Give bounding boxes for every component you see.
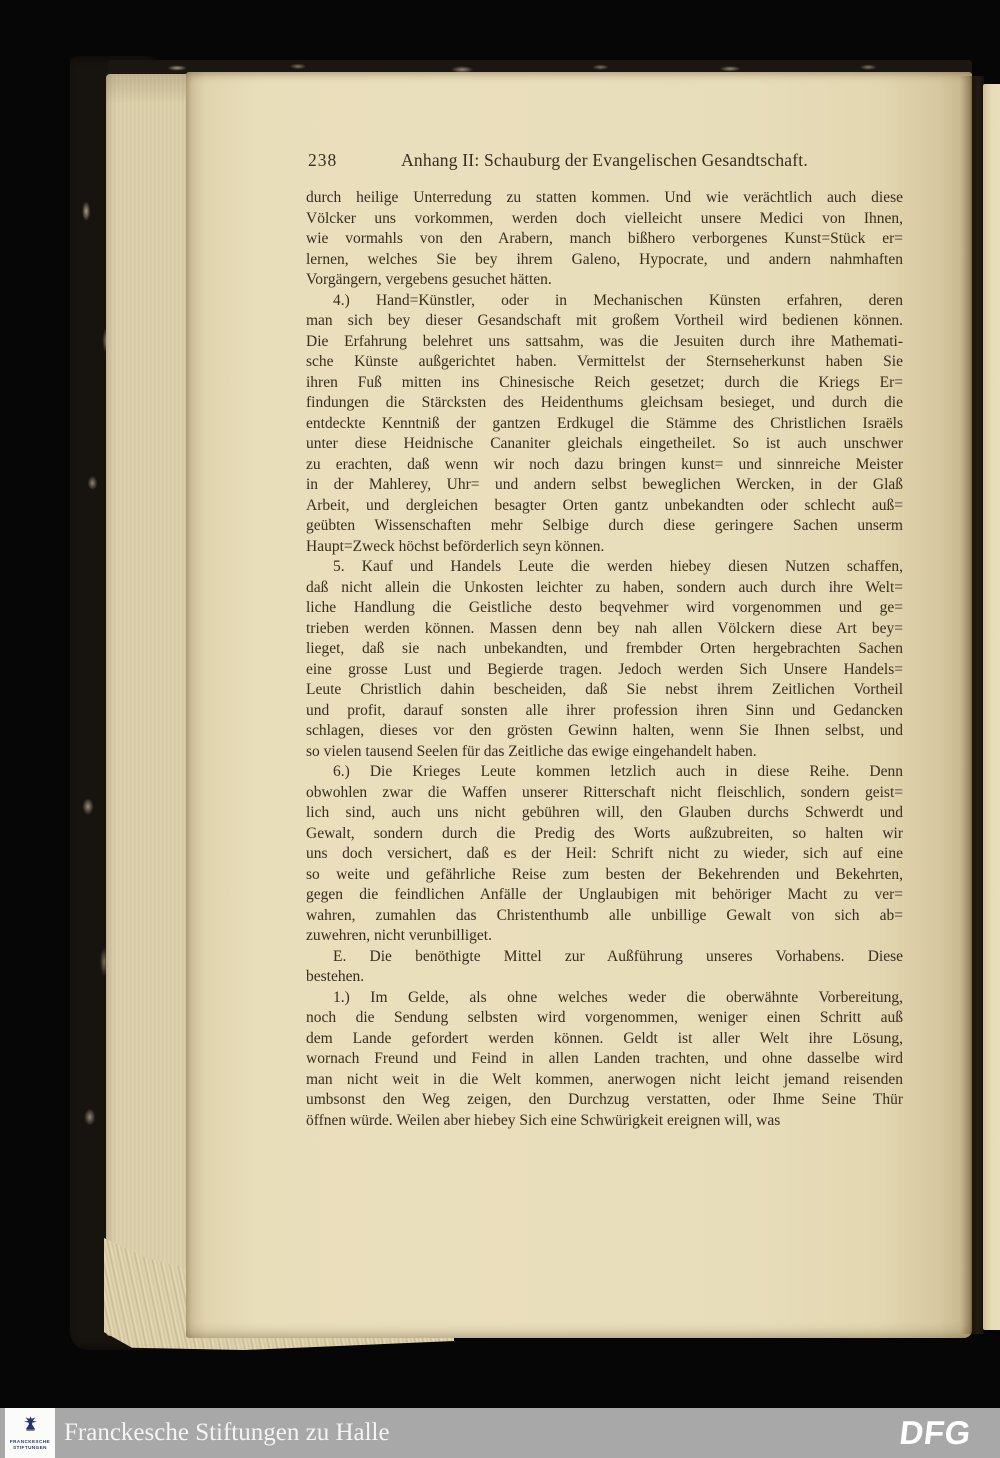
text-line: wie vormahls von den Arabern, manch bißh…: [306, 229, 903, 250]
text-line: lich sind, auch uns nicht gebühren will,…: [306, 803, 903, 824]
text-line: wahren, zumahlen das Christenthumb alle …: [306, 906, 903, 927]
text-line: uns doch versichert, daß es der Heil: Sc…: [306, 844, 903, 865]
text-line: lernen, welches Sie bey ihrem Galeno, Hy…: [306, 250, 903, 271]
paragraph: E. Die benöthigte Mittel zur Außführung …: [306, 947, 903, 988]
body-text: durch heilige Unterredung zu statten kom…: [306, 188, 903, 1131]
text-line: Vorgängern, vergebens gesuchet hätten.: [306, 270, 903, 291]
text-line: Gewalt, sondern durch die Predig des Wor…: [306, 824, 903, 845]
dfg-logo: DFG: [896, 1414, 973, 1458]
text-line: man sich bey dieser Gesandschaft mit gro…: [306, 311, 903, 332]
text-line: geübten Wissenschaften mehr Selbige durc…: [306, 516, 903, 537]
text-line: gegen die feindlichen Anfälle der Unglau…: [306, 885, 903, 906]
text-line: in der Mahlerey, Uhr= und andern selbst …: [306, 475, 903, 496]
page-text-block: 238 Anhang II: Schauburg der Evangelisch…: [306, 150, 903, 1131]
gutter-shadow: [960, 76, 984, 1334]
facing-page-edge: [983, 84, 1000, 1330]
text-line: öffnen würde. Weilen aber hiebey Sich ei…: [306, 1111, 903, 1132]
text-line: Arbeit, und dergleichen besagter Orten g…: [306, 496, 903, 517]
text-line: 6.) Die Krieges Leute kommen letzlich au…: [306, 762, 903, 783]
text-line: E. Die benöthigte Mittel zur Außführung …: [306, 947, 903, 968]
paragraph: 6.) Die Krieges Leute kommen letzlich au…: [306, 762, 903, 947]
text-line: ihren Fuß mitten ins Chinesische Reich g…: [306, 373, 903, 394]
text-line: eine grosse Lust und Begierde tragen. Je…: [306, 660, 903, 681]
institution-logo: FRANCKESCHE STIFTUNGEN: [5, 1408, 55, 1458]
text-line: zuwehren, nicht verunbilliget.: [306, 926, 903, 947]
text-line: sche Künste außgerichtet haben. Vermitte…: [306, 352, 903, 373]
page-header: 238 Anhang II: Schauburg der Evangelisch…: [306, 150, 903, 174]
text-line: Völcker uns vorkommen, werden doch viell…: [306, 209, 903, 230]
institution-name: Franckesche Stiftungen zu Halle: [64, 1408, 390, 1458]
page-edges-stack: [106, 74, 192, 1336]
running-title: Anhang II: Schauburg der Evangelischen G…: [306, 150, 903, 171]
paragraph: 5. Kauf und Handels Leute die werden hie…: [306, 557, 903, 762]
text-line: und profit, darauf sonsten alle ihrer pr…: [306, 701, 903, 722]
text-line: unter diese Heidnische Cananiter gleicha…: [306, 434, 903, 455]
logo-caption: FRANCKESCHE STIFTUNGEN: [10, 1439, 50, 1450]
text-line: umbsonst den Weg zeigen, den Durchzug ve…: [306, 1090, 903, 1111]
text-line: zu erachten, daß wenn wir noch dazu brin…: [306, 455, 903, 476]
logo-caption-line2: STIFTUNGEN: [10, 1445, 50, 1451]
text-line: Leute Christlich dahin bescheiden, daß S…: [306, 680, 903, 701]
eagle-icon: [22, 1415, 39, 1437]
page-number: 238: [308, 150, 337, 171]
paragraph: 4.) Hand=Künstler, oder in Mechanischen …: [306, 291, 903, 558]
text-line: Die Erfahrung belehret uns sattsahm, was…: [306, 332, 903, 353]
text-line: schlagen, dieses vor den grösten Gewinn …: [306, 721, 903, 742]
text-line: dem Lande gefordert werden können. Geldt…: [306, 1029, 903, 1050]
text-line: daß nicht allein die Unkosten leichter z…: [306, 578, 903, 599]
text-line: man nicht weit in die Welt kommen, anerw…: [306, 1070, 903, 1091]
text-line: Haupt=Zweck höchst beförderlich seyn kön…: [306, 537, 903, 558]
text-line: liche Handlung die Geistliche desto beqv…: [306, 598, 903, 619]
text-line: trieben werden können. Massen denn bey n…: [306, 619, 903, 640]
footer-bar: FRANCKESCHE STIFTUNGEN Franckesche Stift…: [0, 1408, 1000, 1458]
text-line: obwohlen zwar die Waffen unserer Ritters…: [306, 783, 903, 804]
text-line: so weite und gefährliche Reise zum beste…: [306, 865, 903, 886]
text-line: noch die Sendung selbsten wird vorgenomm…: [306, 1008, 903, 1029]
paragraph: 1.) Im Gelde, als ohne welches weder die…: [306, 988, 903, 1132]
text-line: lieget, daß sie nach unbekandten, und fr…: [306, 639, 903, 660]
text-line: 4.) Hand=Künstler, oder in Mechanischen …: [306, 291, 903, 312]
text-line: 1.) Im Gelde, als ohne welches weder die…: [306, 988, 903, 1009]
paragraph: durch heilige Unterredung zu statten kom…: [306, 188, 903, 291]
text-line: entdeckte Kenntniß der gantzen Erdkugel …: [306, 414, 903, 435]
text-line: durch heilige Unterredung zu statten kom…: [306, 188, 903, 209]
text-line: findungen die Stärcksten des Heidenthums…: [306, 393, 903, 414]
text-line: 5. Kauf und Handels Leute die werden hie…: [306, 557, 903, 578]
text-line: wornach Freund und Feind in allen Landen…: [306, 1049, 903, 1070]
text-line: so vielen tausend Seelen für das Zeitlic…: [306, 742, 903, 763]
text-line: bestehen.: [306, 967, 903, 988]
book-scan: 238 Anhang II: Schauburg der Evangelisch…: [0, 0, 1000, 1458]
